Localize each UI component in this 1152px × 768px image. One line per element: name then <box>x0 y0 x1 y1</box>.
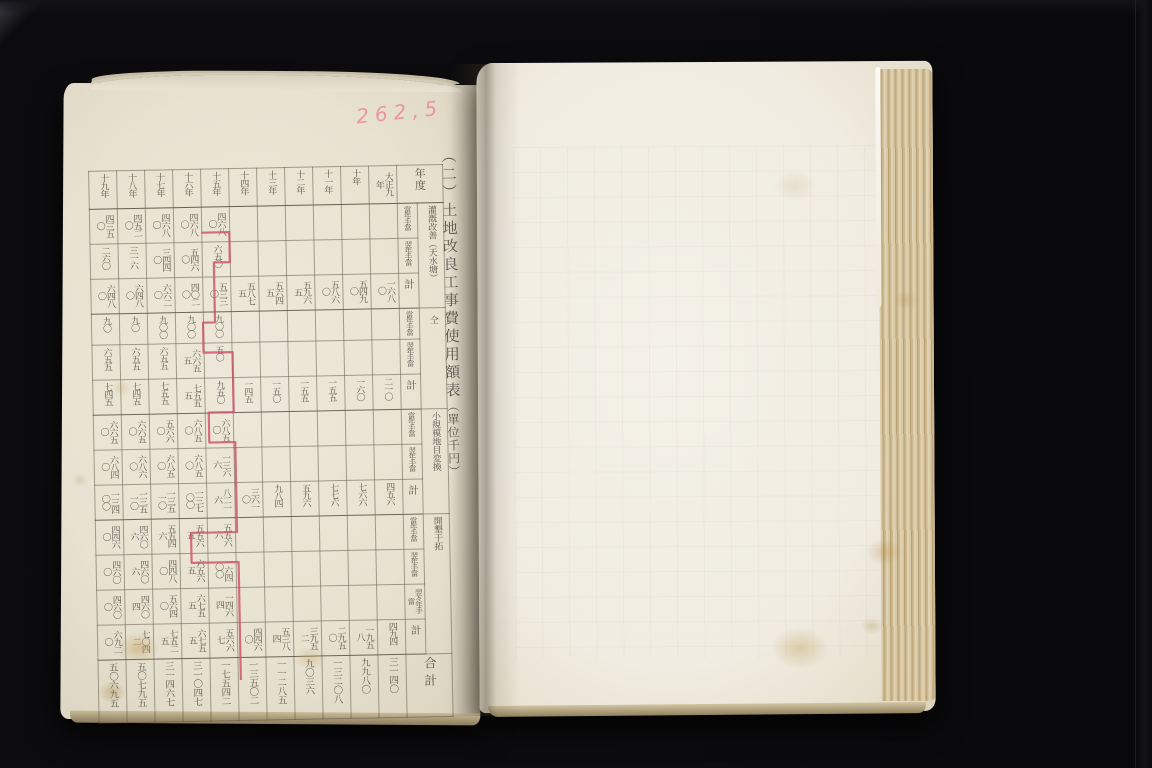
value-cell: 三一六 <box>118 243 147 279</box>
total-value-cell: 九九八〇 <box>350 655 379 719</box>
value-cell <box>288 341 317 377</box>
value-cell <box>344 340 373 376</box>
value-cell: 五四六〇 <box>174 242 203 278</box>
value-cell <box>287 310 316 342</box>
value-cell: 六八五〇 <box>205 413 234 449</box>
row-label: 翌年手當 <box>404 549 425 584</box>
value-cell <box>290 446 319 482</box>
bleed-through-grid <box>513 145 882 659</box>
year-header: 十三年 <box>257 168 286 207</box>
value-cell: 三九五二 <box>293 621 322 657</box>
value-cell: 六八五〇 <box>150 449 179 485</box>
value-cell: 四五二〇 <box>117 208 146 244</box>
value-cell: 六八五〇 <box>177 413 206 449</box>
row-label: 計 <box>401 374 422 409</box>
value-cell <box>318 445 347 481</box>
value-cell: 六六五五 <box>176 343 205 379</box>
year-header: 十八年 <box>117 170 146 209</box>
year-header: 十九年 <box>89 171 118 210</box>
total-value-cell: 五〇七九五 <box>126 659 155 723</box>
ledger-table: 十九年十八年十七年十六年十五年十四年十三年十二年十一年十年大正九年年度四三五〇四… <box>88 164 454 724</box>
total-label: 合計 <box>406 653 453 717</box>
value-cell <box>291 516 320 552</box>
title-index: （二） <box>439 148 458 202</box>
row-label: 當年手當 <box>399 308 420 339</box>
value-cell: 五〇 <box>204 343 233 379</box>
value-cell <box>313 204 342 240</box>
value-cell: 五六六〇 <box>149 414 178 450</box>
value-cell: 五五四六 <box>151 519 180 555</box>
value-cell: 九〇〇 <box>147 313 176 345</box>
value-cell: 一五五 <box>317 375 346 411</box>
value-cell: 七五二五 <box>153 624 182 660</box>
ledger-table-area: 十九年十八年十七年十六年十五年十四年十三年十二年十一年十年大正九年年度四三五〇四… <box>88 164 454 685</box>
value-cell: 四六〇〇 <box>96 555 125 591</box>
value-cell: 五五六五 <box>179 518 208 554</box>
value-cell: 四六〇四 <box>125 589 154 625</box>
value-cell: 五六四五 <box>259 276 288 312</box>
value-cell <box>237 587 266 623</box>
value-cell <box>260 342 289 378</box>
value-cell <box>236 552 265 588</box>
value-cell <box>346 445 375 481</box>
value-cell <box>377 584 406 620</box>
row-label: 計 <box>403 479 424 514</box>
year-header: 十五年 <box>201 169 230 208</box>
value-cell: 四〇二〇 <box>175 277 204 313</box>
value-cell: 一五五 <box>289 376 318 412</box>
row-label: 翌年手當 <box>398 238 419 273</box>
value-cell <box>374 444 403 480</box>
value-cell: 九八四 <box>263 482 292 518</box>
value-cell: 五四九〇 <box>343 274 372 310</box>
value-cell: 六四八〇 <box>119 278 148 314</box>
value-cell <box>286 240 315 276</box>
value-cell: 五八七五 <box>231 276 260 312</box>
value-cell: 二一〇 <box>373 374 402 410</box>
value-cell: 七五五 <box>149 379 178 415</box>
row-label: 當年手當 <box>403 514 424 549</box>
year-header: 十四年 <box>229 168 258 207</box>
corner-header: 年度 <box>397 165 444 204</box>
value-cell: 六六五〇 <box>121 414 150 450</box>
value-cell: 六五五 <box>148 344 177 380</box>
value-cell: 四六八〇 <box>173 207 202 243</box>
value-cell: 八二一六 <box>207 483 236 519</box>
value-cell: 七〇四二 <box>125 624 154 660</box>
value-cell: 五九六五 <box>287 275 316 311</box>
row-label: 翌々年手當 <box>405 584 426 619</box>
value-cell: 六四八〇 <box>91 279 120 315</box>
value-cell <box>369 203 398 239</box>
value-cell <box>348 550 377 586</box>
display-frame-top-edge <box>0 0 1152 14</box>
value-cell: 一三四〇〇 <box>95 485 124 521</box>
value-cell <box>293 586 322 622</box>
value-cell: 五八六〇 <box>315 274 344 310</box>
value-cell: 一六〇 <box>345 375 374 411</box>
row-label: 翌年手當 <box>400 339 421 374</box>
value-cell: 六八六〇 <box>122 449 151 485</box>
value-cell <box>289 411 318 447</box>
value-cell <box>320 550 349 586</box>
value-cell: 一三六六 <box>206 448 235 484</box>
total-value-cell: 三一四六七 <box>154 659 183 723</box>
value-cell: 一四六四 <box>209 588 238 624</box>
value-cell: 五三八四 <box>265 621 294 657</box>
fore-edge-page-stack <box>878 69 935 701</box>
value-cell: 四九四 <box>377 619 406 655</box>
value-cell: 九〇 <box>119 313 148 345</box>
value-cell: 六五〇 <box>202 242 231 278</box>
value-cell: 四六八〇 <box>145 208 174 244</box>
value-cell <box>285 205 314 241</box>
value-cell: 九五〇 <box>205 378 234 414</box>
value-cell: 四六八〇 <box>201 207 230 243</box>
display-frame-right-edge <box>1135 0 1152 768</box>
value-cell <box>370 238 399 274</box>
value-cell <box>372 339 401 375</box>
unit-note: （單位千円） <box>446 400 461 478</box>
value-cell <box>319 515 348 551</box>
value-cell: 四六〇六 <box>124 554 153 590</box>
value-cell <box>257 206 286 242</box>
value-cell: 四三五〇 <box>89 209 118 245</box>
value-cell <box>376 549 405 585</box>
book-photo: 十九年十八年十七年十六年十五年十四年十三年十二年十一年十年大正九年年度四三五〇四… <box>0 0 1152 768</box>
total-value-cell: 三一〇四七 <box>182 658 211 722</box>
value-cell: 六五五 <box>92 345 121 381</box>
value-cell <box>342 239 371 275</box>
value-cell: 一九五八 <box>349 620 378 656</box>
total-value-cell: 五〇六九五 <box>98 660 127 724</box>
value-cell: 九〇 <box>91 314 120 346</box>
row-label: 計 <box>399 273 420 308</box>
value-cell <box>235 517 264 553</box>
value-cell: 六八五〇 <box>178 448 207 484</box>
value-cell <box>263 516 292 552</box>
year-header: 十二年 <box>285 167 314 206</box>
value-cell: 四四六〇 <box>237 622 266 658</box>
value-cell <box>315 309 344 341</box>
value-cell: 五九六 <box>291 481 320 517</box>
year-header: 十一年 <box>313 166 342 205</box>
value-cell: 一六四〇〇 <box>208 553 237 589</box>
value-cell <box>375 514 404 550</box>
value-cell: 六七五五 <box>181 623 210 659</box>
year-header: 十年 <box>341 166 370 205</box>
value-cell: 九〇〇 <box>175 312 204 344</box>
value-cell <box>265 586 294 622</box>
value-cell <box>371 308 400 340</box>
year-header: 十六年 <box>173 169 202 208</box>
total-value-cell: 一三五〇二 <box>238 657 267 721</box>
value-cell: 一五〇 <box>261 377 290 413</box>
value-cell: 四五六 <box>375 479 404 515</box>
value-cell: 七七六 <box>319 480 348 516</box>
value-cell: 五三三〇 <box>203 277 232 313</box>
total-value-cell: 一三二〇八 <box>322 655 351 719</box>
value-cell <box>292 551 321 587</box>
value-cell: 四四六〇 <box>95 520 124 556</box>
value-cell: 四四八〇 <box>152 554 181 590</box>
value-cell: 七四五 <box>93 380 122 416</box>
total-value-cell: 三一四〇 <box>378 654 407 718</box>
value-cell: 七六六 <box>347 480 376 516</box>
value-cell: 六六五〇 <box>93 415 122 451</box>
value-cell <box>229 206 258 242</box>
year-header: 大正九年 <box>369 165 398 204</box>
value-cell: 三六一〇 <box>235 482 264 518</box>
row-label: 當年手當 <box>397 203 418 238</box>
value-cell: 一四五 <box>233 377 262 413</box>
value-cell <box>321 585 350 621</box>
value-cell: 一六八〇 <box>371 273 400 309</box>
right-page <box>476 61 935 713</box>
value-cell: 七五五五 <box>177 378 206 414</box>
value-cell: 六八四〇 <box>94 450 123 486</box>
value-cell: 六五六五 <box>180 553 209 589</box>
value-cell: 五六四〇 <box>153 589 182 625</box>
value-cell: 四六〇〇 <box>97 590 126 626</box>
value-cell <box>349 585 378 621</box>
value-cell <box>343 309 372 341</box>
value-cell: 六七五五 <box>181 588 210 624</box>
total-value-cell: 一一二八五 <box>266 656 295 720</box>
value-cell: 二九五〇 <box>321 620 350 656</box>
page-stack-top-edge <box>90 74 462 92</box>
value-cell: 五五六六 <box>207 518 236 554</box>
value-cell: 五六六七 <box>209 623 238 659</box>
value-cell <box>230 241 259 277</box>
value-cell: 一三五一〇 <box>151 484 180 520</box>
value-cell <box>234 447 263 483</box>
value-cell <box>373 409 402 445</box>
value-cell: 三四四〇 <box>146 243 175 279</box>
row-label: 當年手當 <box>401 409 422 444</box>
value-cell <box>233 412 262 448</box>
value-cell <box>232 342 261 378</box>
value-cell <box>264 551 293 587</box>
value-cell: 六五五 <box>120 344 149 380</box>
value-cell: 六六二〇 <box>147 278 176 314</box>
value-cell: 七四五 <box>121 379 150 415</box>
year-header: 十七年 <box>145 170 174 209</box>
row-label: 翌年手當 <box>402 444 423 479</box>
value-cell <box>262 447 291 483</box>
value-cell <box>231 311 260 343</box>
value-cell <box>341 204 370 240</box>
value-cell <box>261 412 290 448</box>
value-cell: 一三五一〇 <box>123 484 152 520</box>
row-label: 計 <box>405 619 426 654</box>
total-value-cell: 一七五四二 <box>210 658 239 722</box>
value-cell: 二六〇 <box>90 244 119 280</box>
value-cell <box>259 311 288 343</box>
value-cell: 六九二〇 <box>97 625 126 661</box>
value-cell <box>316 340 345 376</box>
value-cell <box>317 410 346 446</box>
value-cell: 一三七〇〇 <box>179 483 208 519</box>
value-cell: 四六〇六 <box>123 519 152 555</box>
value-cell: 九〇〇 <box>203 312 232 344</box>
value-cell <box>345 410 374 446</box>
total-value-cell: 九〇三六 <box>294 656 323 720</box>
title-text: 土地改良工事費使用額表 <box>440 202 461 400</box>
value-cell <box>347 515 376 551</box>
value-cell <box>258 241 287 277</box>
value-cell <box>314 239 343 275</box>
